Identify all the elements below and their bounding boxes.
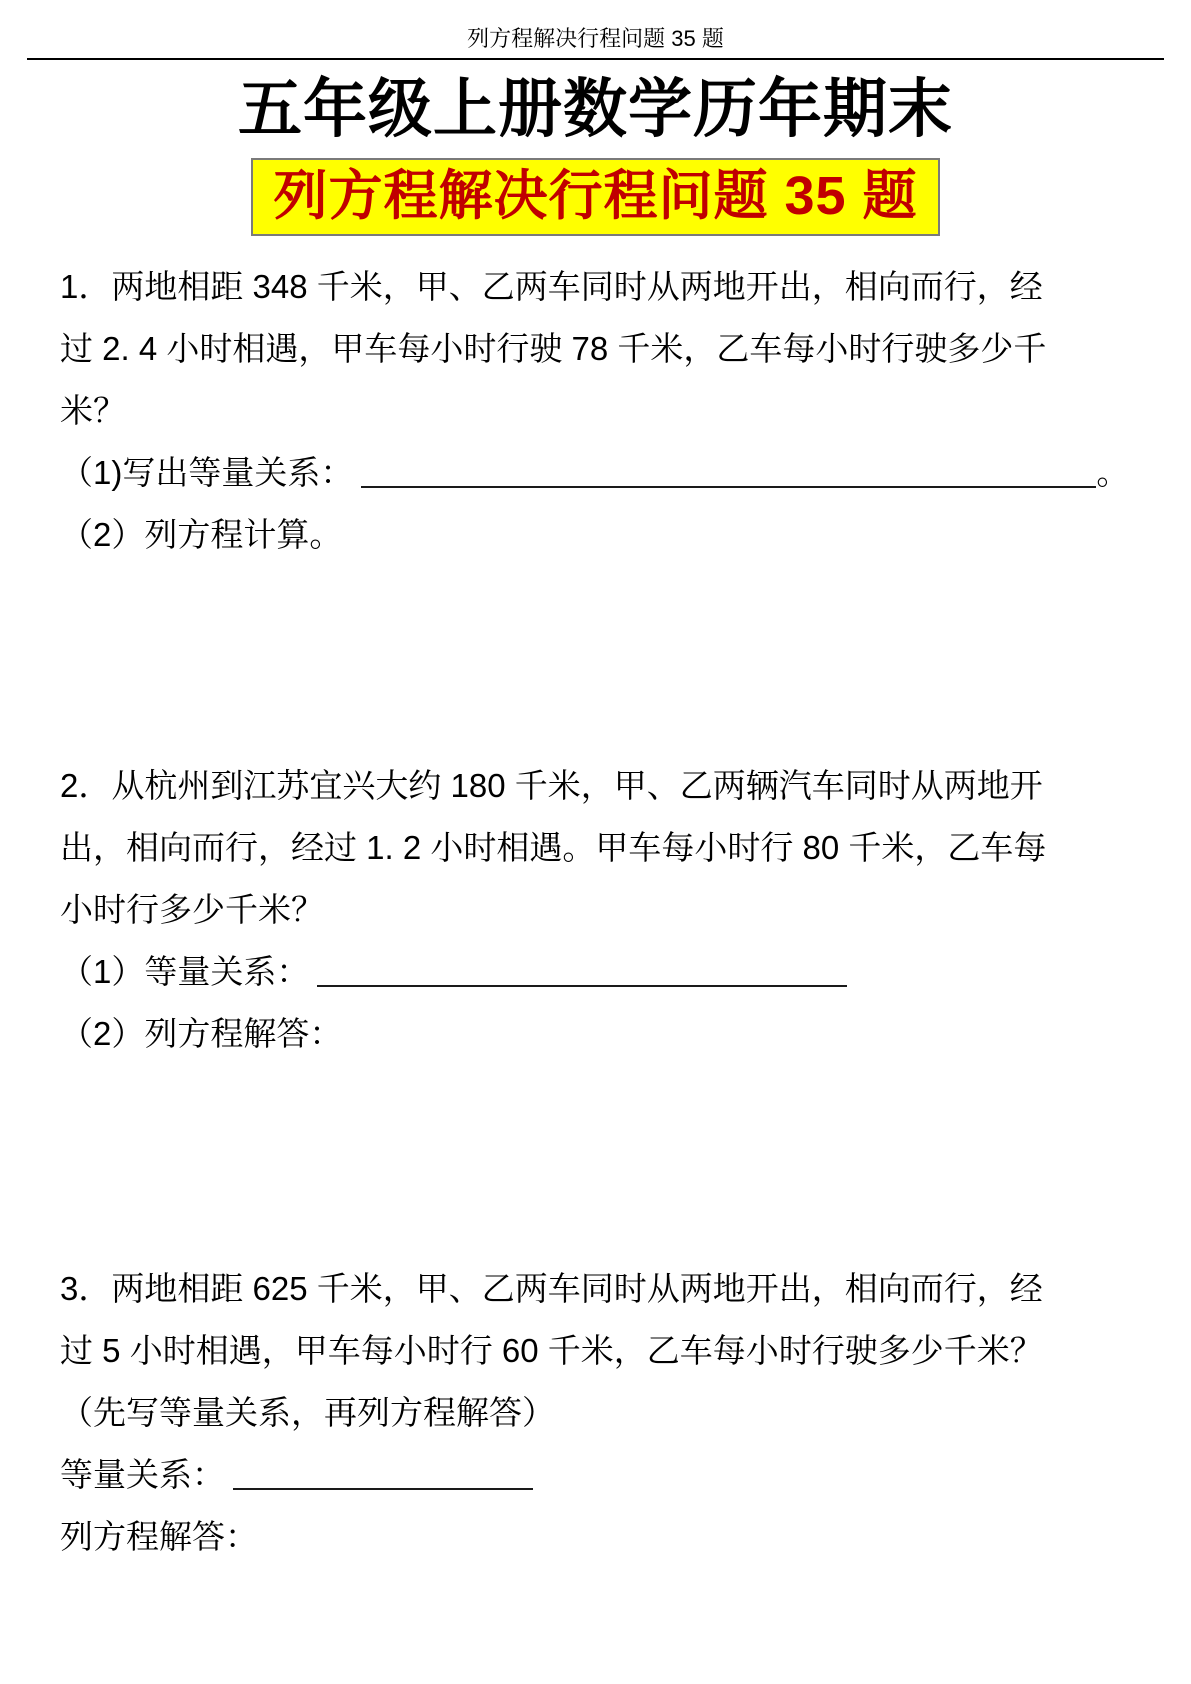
problem-2-subitem-1: （1）等量关系： <box>60 941 1141 1003</box>
problem-3-subitem-2: 列方程解答： <box>60 1506 1141 1568</box>
answer-blank-line <box>317 985 847 987</box>
problem-1-line-3: 米？ <box>60 380 1141 442</box>
answer-blank-line <box>361 486 1096 488</box>
problem-3-subitem-1: 等量关系： <box>60 1444 1141 1506</box>
answer-blank-line <box>233 1488 533 1490</box>
problem-list: 1．两地相距 348 千米，甲、乙两车同时从两地开出，相向而行，经 过 2. 4… <box>0 256 1191 1568</box>
subtitle-banner: 列方程解决行程问题 35 题 <box>251 158 939 236</box>
problem-1-subitem-1-label: （1)写出等量关系： <box>60 454 353 491</box>
problem-2: 2．从杭州到江苏宜兴大约 180 千米，甲、乙两辆汽车同时从两地开 出，相向而行… <box>60 755 1141 1065</box>
problem-2-line-1: 2．从杭州到江苏宜兴大约 180 千米，甲、乙两辆汽车同时从两地开 <box>60 755 1141 817</box>
doc-title: 五年级上册数学历年期末 <box>0 76 1191 142</box>
problem-3-subitem-1-label: 等量关系： <box>60 1456 225 1493</box>
problem-1-line-1: 1．两地相距 348 千米，甲、乙两车同时从两地开出，相向而行，经 <box>60 256 1141 318</box>
document-page: 列方程解决行程问题 35 题 五年级上册数学历年期末 列方程解决行程问题 35 … <box>0 0 1191 1684</box>
page-header-title: 列方程解决行程问题 35 题 <box>0 0 1191 52</box>
problem-3-line-1: 3．两地相距 625 千米，甲、乙两车同时从两地开出，相向而行，经 <box>60 1258 1141 1320</box>
problem-1-subitem-1: （1)写出等量关系：。 <box>60 442 1141 504</box>
problem-2-subitem-2: （2）列方程解答： <box>60 1003 1141 1065</box>
problem-2-line-2: 出，相向而行，经过 1. 2 小时相遇。甲车每小时行 80 千米，乙车每 <box>60 817 1141 879</box>
problem-2-line-3: 小时行多少千米？ <box>60 879 1141 941</box>
problem-1-subitem-1-suffix: 。 <box>1096 454 1129 491</box>
problem-3-line-3: （先写等量关系，再列方程解答） <box>60 1382 1141 1444</box>
problem-3: 3．两地相距 625 千米，甲、乙两车同时从两地开出，相向而行，经 过 5 小时… <box>60 1258 1141 1568</box>
subtitle-text: 列方程解决行程问题 35 题 <box>273 168 917 224</box>
problem-1-line-2: 过 2. 4 小时相遇，甲车每小时行驶 78 千米，乙车每小时行驶多少千 <box>60 318 1141 380</box>
problem-1: 1．两地相距 348 千米，甲、乙两车同时从两地开出，相向而行，经 过 2. 4… <box>60 256 1141 566</box>
problem-3-line-2: 过 5 小时相遇，甲车每小时行 60 千米，乙车每小时行驶多少千米？ <box>60 1320 1141 1382</box>
problem-1-subitem-2: （2）列方程计算。 <box>60 504 1141 566</box>
header-rule <box>27 58 1164 60</box>
problem-2-subitem-1-label: （1）等量关系： <box>60 953 309 990</box>
